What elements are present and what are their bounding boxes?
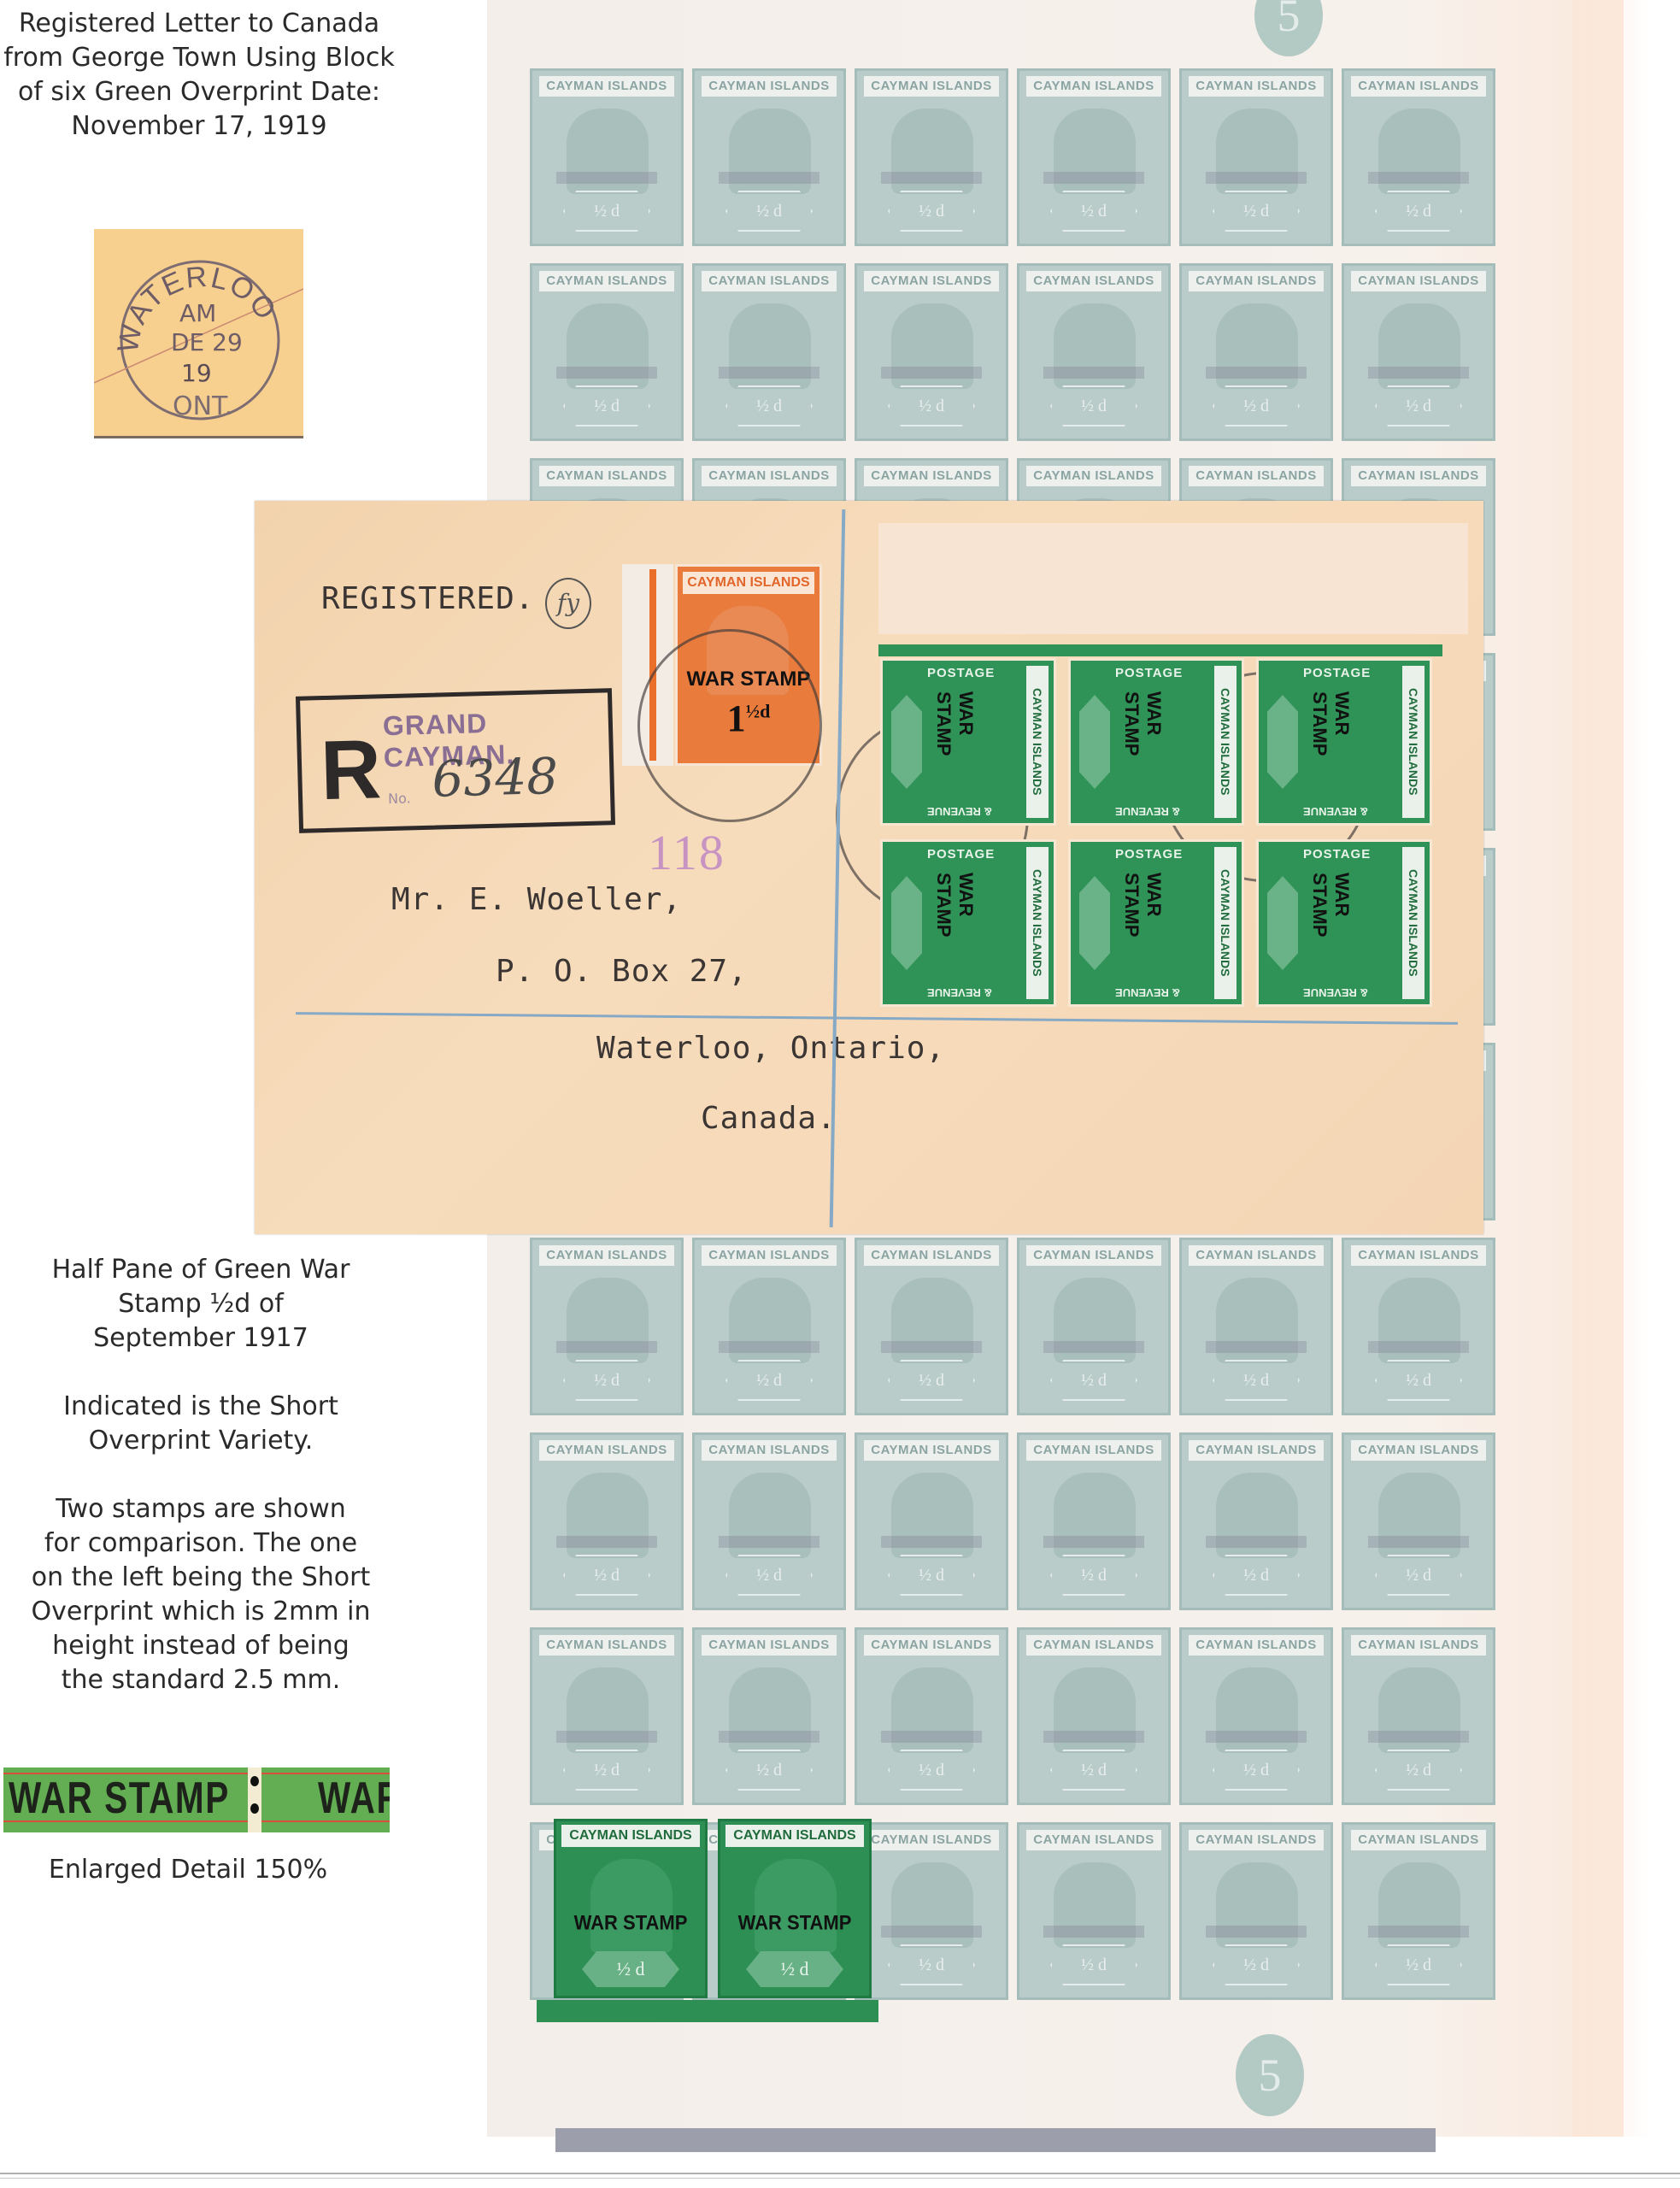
stamp-bottom-label: & REVENUE xyxy=(1303,805,1368,818)
faded-overprint xyxy=(556,1536,657,1548)
stamp-country: CAYMAN ISLANDS xyxy=(1189,466,1324,486)
postmark-time: AM xyxy=(179,299,216,327)
stamp-country: CAYMAN ISLANDS xyxy=(539,76,674,97)
stamp-country: CAYMAN ISLANDS xyxy=(864,1635,999,1656)
pane-stamp: CAYMAN ISLANDS½ d xyxy=(1017,1238,1171,1415)
stamp-value: ½ d xyxy=(1375,385,1462,426)
stamp-country: CAYMAN ISLANDS xyxy=(702,1245,837,1266)
stamp-country: CAYMAN ISLANDS xyxy=(702,1635,837,1656)
pane-mount-strip xyxy=(555,2128,1436,2152)
stamp-bottom-label: & REVENUE xyxy=(1303,986,1368,999)
stamp-value: ½ d xyxy=(1050,385,1137,426)
pane-stamp: CAYMAN ISLANDS½ d xyxy=(1017,1627,1171,1805)
pane-stamp: CAYMAN ISLANDS½ d xyxy=(1017,1822,1171,2000)
pane-stamp: CAYMAN ISLANDS½ d xyxy=(692,68,846,246)
faded-overprint xyxy=(1368,1926,1469,1938)
stamp-bottom-label: & REVENUE xyxy=(1115,986,1180,999)
caption-line: September 1917 xyxy=(0,1321,402,1356)
pane-stamp: CAYMAN ISLANDS½ d xyxy=(1179,1822,1333,2000)
stamp-overprint: WAR STAMP xyxy=(1308,873,1353,984)
faded-overprint xyxy=(881,1536,982,1548)
george-town-postmark xyxy=(637,629,822,822)
faded-overprint xyxy=(1043,1341,1144,1353)
stamp-country: CAYMAN ISLANDS xyxy=(1189,1635,1324,1656)
stamp-top-label: POSTAGE xyxy=(1303,666,1371,680)
postmark-province: ONT. xyxy=(173,391,232,421)
stamp-country: CAYMAN ISLANDS xyxy=(1026,1245,1161,1266)
stamp-value: ½ d xyxy=(582,1951,679,1987)
address-line-3: Waterloo, Ontario, xyxy=(596,1031,945,1066)
envelope-flap-area xyxy=(878,523,1468,634)
stamp-value: ½ d xyxy=(1050,1555,1137,1596)
pane-stamp: CAYMAN ISLANDS½ d xyxy=(692,263,846,441)
stamp-value: ½ d xyxy=(1213,1750,1300,1791)
pane-stamp: CAYMAN ISLANDS½ d xyxy=(692,1627,846,1805)
stamp-value: ½ d xyxy=(563,1750,650,1791)
stamp-value: ½ d xyxy=(563,191,650,232)
exhibit-title-caption: Registered Letter to Canada from George … xyxy=(0,7,398,144)
stamp-country: CAYMAN ISLANDS xyxy=(1351,271,1486,291)
stamp-country: CAYMAN ISLANDS xyxy=(1351,76,1486,97)
short-overprint-stamp: CAYMAN ISLANDS WAR STAMP ½ d xyxy=(554,1819,708,1998)
stamp-country: CAYMAN ISLANDS xyxy=(1189,1830,1324,1850)
stamp-overprint: WAR STAMP xyxy=(932,873,977,984)
pane-stamp: CAYMAN ISLANDS½ d xyxy=(1179,1627,1333,1805)
stamp-country: CAYMAN ISLANDS xyxy=(1026,847,1049,999)
faded-overprint xyxy=(719,1341,819,1353)
stamp-country: CAYMAN ISLANDS xyxy=(702,271,837,291)
stamp-value: ½ d xyxy=(1375,1750,1462,1791)
stamp-overprint: WAR STAMP xyxy=(736,1911,854,1936)
stamp-top-label: POSTAGE xyxy=(927,666,995,680)
faded-overprint xyxy=(1043,1536,1144,1548)
sheet-margin xyxy=(537,2000,878,2022)
pane-stamp: CAYMAN ISLANDS½ d xyxy=(1179,1238,1333,1415)
faded-overprint xyxy=(1206,367,1307,379)
stamp-country: CAYMAN ISLANDS xyxy=(1214,666,1237,818)
faded-overprint xyxy=(1368,172,1469,184)
stamp-value: ½ d xyxy=(563,385,650,426)
stamp-value: ½ d xyxy=(1050,1944,1137,1985)
faded-overprint xyxy=(1368,1536,1469,1548)
faded-overprint xyxy=(1206,172,1307,184)
stamp-value-tablet xyxy=(1267,695,1298,789)
faded-overprint xyxy=(881,1731,982,1743)
pane-stamp: CAYMAN ISLANDS½ d xyxy=(1342,1627,1495,1805)
stamp-value: ½ d xyxy=(1213,1360,1300,1401)
pane-stamp: CAYMAN ISLANDS½ d xyxy=(1017,263,1171,441)
caption-line: height instead of being xyxy=(0,1629,402,1663)
faded-overprint xyxy=(1368,1731,1469,1743)
faded-overprint xyxy=(1368,1341,1469,1353)
stamp-country: CAYMAN ISLANDS xyxy=(1351,1830,1486,1850)
address-line-2: P. O. Box 27, xyxy=(496,954,748,989)
stamp-value: ½ d xyxy=(1213,1555,1300,1596)
stamp-top-label: POSTAGE xyxy=(1115,666,1183,680)
faded-overprint xyxy=(1043,1926,1144,1938)
stamp-value: ½ d xyxy=(1050,191,1137,232)
green-war-stamp: POSTAGECAYMAN ISLANDSWAR STAMP& REVENUE xyxy=(880,839,1056,1007)
stamp-value: ½ d xyxy=(1213,385,1300,426)
green-war-stamp: POSTAGECAYMAN ISLANDSWAR STAMP& REVENUE xyxy=(1256,658,1432,826)
sheet-selvage xyxy=(878,644,1442,656)
green-war-stamp: POSTAGECAYMAN ISLANDSWAR STAMP& REVENUE xyxy=(1068,658,1244,826)
pane-stamp: CAYMAN ISLANDS½ d xyxy=(855,1238,1008,1415)
pane-stamp: CAYMAN ISLANDS½ d xyxy=(855,263,1008,441)
stamp-country: CAYMAN ISLANDS xyxy=(1351,1635,1486,1656)
caption-line: November 17, 1919 xyxy=(0,109,398,144)
faded-overprint xyxy=(719,1536,819,1548)
stamp-top-label: POSTAGE xyxy=(1303,847,1371,862)
address-line-1: Mr. E. Woeller, xyxy=(391,882,682,917)
stamp-value: ½ d xyxy=(1050,1360,1137,1401)
faded-overprint xyxy=(556,367,657,379)
stamp-value: ½ d xyxy=(1375,1944,1462,1985)
pane-stamp: CAYMAN ISLANDS½ d xyxy=(692,1432,846,1610)
faded-overprint xyxy=(1206,1731,1307,1743)
stamp-value: ½ d xyxy=(1050,1750,1137,1791)
address-line-4: Canada. xyxy=(701,1101,837,1136)
stamp-bottom-label: & REVENUE xyxy=(1115,805,1180,818)
perforation-gap xyxy=(248,1767,261,1832)
stamp-value: ½ d xyxy=(888,1944,975,1985)
green-war-stamp: POSTAGECAYMAN ISLANDSWAR STAMP& REVENUE xyxy=(880,658,1056,826)
stamp-country: CAYMAN ISLANDS xyxy=(702,466,837,486)
enlarged-overprint-detail: WAR STAMP WAR xyxy=(3,1767,390,1832)
stamp-country: CAYMAN ISLANDS xyxy=(539,1440,674,1461)
handwritten-initial: fy xyxy=(545,578,591,629)
stamp-country: CAYMAN ISLANDS xyxy=(864,76,999,97)
stamp-country: CAYMAN ISLANDS xyxy=(1189,271,1324,291)
stamp-country: CAYMAN ISLANDS xyxy=(864,466,999,486)
stamp-value-tablet xyxy=(1267,876,1298,970)
stamp-overprint: WAR STAMP xyxy=(572,1911,690,1936)
registration-crossing-line xyxy=(296,1012,1458,1025)
faded-overprint xyxy=(556,172,657,184)
faded-overprint xyxy=(881,1926,982,1938)
pane-stamp: CAYMAN ISLANDS½ d xyxy=(1342,68,1495,246)
stamp-value: ½ d xyxy=(563,1555,650,1596)
stamp-overprint: WAR STAMP xyxy=(1120,691,1165,803)
stamp-value: ½ d xyxy=(1213,1944,1300,1985)
stamp-overprint: WAR STAMP xyxy=(1308,691,1353,803)
pane-stamp: CAYMAN ISLANDS½ d xyxy=(1342,263,1495,441)
stamp-country: CAYMAN ISLANDS xyxy=(1351,466,1486,486)
caption-line: Overprint Variety. xyxy=(0,1424,402,1458)
pane-stamp: CAYMAN ISLANDS½ d xyxy=(530,68,684,246)
stamp-top-label: POSTAGE xyxy=(927,847,995,862)
caption-line: Half Pane of Green War xyxy=(0,1253,402,1287)
caption-line: of six Green Overprint Date: xyxy=(0,75,398,109)
caption-line: Indicated is the Short xyxy=(0,1390,402,1424)
stamp-country: CAYMAN ISLANDS xyxy=(725,1825,864,1847)
pane-stamp: CAYMAN ISLANDS½ d xyxy=(692,1238,846,1415)
enlarged-detail-caption: Enlarged Detail 150% xyxy=(0,1853,376,1887)
stamp-top-label: POSTAGE xyxy=(1115,847,1183,862)
faded-overprint xyxy=(881,172,982,184)
stamp-country: CAYMAN ISLANDS xyxy=(864,271,999,291)
stamp-value: ½ d xyxy=(888,1555,975,1596)
stamp-country: CAYMAN ISLANDS xyxy=(1026,1440,1161,1461)
plate-number-bottom: 5 xyxy=(1236,2034,1304,2116)
green-war-stamp: POSTAGECAYMAN ISLANDSWAR STAMP& REVENUE xyxy=(1256,839,1432,1007)
king-portrait-icon xyxy=(755,1859,837,1953)
faded-overprint xyxy=(719,172,819,184)
postmark-year: 19 xyxy=(181,359,212,387)
caption-line: from George Town Using Block xyxy=(0,41,398,75)
faded-overprint xyxy=(881,1341,982,1353)
caption-line: for comparison. The one xyxy=(0,1526,402,1561)
caption-line: Two stamps are shown xyxy=(0,1492,402,1526)
page-bottom-rule xyxy=(0,2173,1680,2179)
stamp-country: CAYMAN ISLANDS xyxy=(1189,1245,1324,1266)
stamp-value: ½ d xyxy=(725,1360,813,1401)
stamp-bottom-label: & REVENUE xyxy=(927,986,992,999)
stamp-country: CAYMAN ISLANDS xyxy=(539,1245,674,1266)
stamp-country: CAYMAN ISLANDS xyxy=(561,1825,700,1847)
stamp-country: CAYMAN ISLANDS xyxy=(1026,1830,1161,1850)
caption-line: Stamp ½d of xyxy=(0,1287,402,1321)
pane-stamp: CAYMAN ISLANDS½ d xyxy=(855,1822,1008,2000)
pane-stamp: CAYMAN ISLANDS½ d xyxy=(530,1627,684,1805)
registration-no-label: No. xyxy=(388,790,411,807)
green-war-stamp: POSTAGECAYMAN ISLANDSWAR STAMP& REVENUE xyxy=(1068,839,1244,1007)
stamp-country: CAYMAN ISLANDS xyxy=(864,1830,999,1850)
stamp-value-tablet xyxy=(1079,695,1110,789)
pane-stamp: CAYMAN ISLANDS½ d xyxy=(855,68,1008,246)
registration-number: 6348 xyxy=(432,747,559,809)
stamp-country: CAYMAN ISLANDS xyxy=(1351,1245,1486,1266)
stamp-bottom-label: & REVENUE xyxy=(927,805,992,818)
stamp-value: ½ d xyxy=(725,1750,813,1791)
stamp-value: ½ d xyxy=(888,191,975,232)
registration-letter: R xyxy=(320,721,383,819)
registration-crossing-line xyxy=(830,509,846,1227)
faded-overprint xyxy=(719,367,819,379)
stamp-overprint: WAR STAMP xyxy=(932,691,977,803)
stamp-value: ½ d xyxy=(725,191,813,232)
faded-overprint xyxy=(556,1731,657,1743)
stamp-value-tablet xyxy=(891,876,922,970)
postmark-date: DE 29 xyxy=(171,328,243,356)
faded-overprint xyxy=(1043,172,1144,184)
stamp-value: ½ d xyxy=(888,385,975,426)
stamp-value-tablet xyxy=(891,695,922,789)
pane-stamp: CAYMAN ISLANDS½ d xyxy=(1179,1432,1333,1610)
faded-overprint xyxy=(1368,367,1469,379)
faded-overprint xyxy=(1043,1731,1144,1743)
pane-stamp: CAYMAN ISLANDS½ d xyxy=(855,1627,1008,1805)
stamp-value-tablet xyxy=(1079,876,1110,970)
registered-label: REGISTERED. xyxy=(321,581,534,616)
stamp-overprint: WAR STAMP xyxy=(1120,873,1165,984)
pane-stamp: CAYMAN ISLANDS½ d xyxy=(1342,1238,1495,1415)
violet-registration-number: 118 xyxy=(648,824,725,881)
pane-stamp: CAYMAN ISLANDS½ d xyxy=(1342,1822,1495,2000)
stamp-value: ½ d xyxy=(888,1750,975,1791)
stamp-country: CAYMAN ISLANDS xyxy=(683,572,814,594)
stamp-country: CAYMAN ISLANDS xyxy=(539,466,674,486)
stamp-country: CAYMAN ISLANDS xyxy=(1189,1440,1324,1461)
pane-description-caption: Half Pane of Green War Stamp ½d of Septe… xyxy=(0,1253,402,1697)
stamp-country: CAYMAN ISLANDS xyxy=(1351,1440,1486,1461)
detail-standard-overprint: WAR xyxy=(318,1773,390,1824)
stamp-value: ½ d xyxy=(746,1951,843,1987)
registration-label-box: R GRAND CAYMAN. 6348 No. xyxy=(296,688,615,833)
stamp-country: CAYMAN ISLANDS xyxy=(1026,466,1161,486)
caption-line: Overprint which is 2mm in xyxy=(0,1595,402,1629)
pane-stamp: CAYMAN ISLANDS½ d xyxy=(1017,1432,1171,1610)
faded-overprint xyxy=(1043,367,1144,379)
stamp-country: CAYMAN ISLANDS xyxy=(702,1440,837,1461)
pane-stamp: CAYMAN ISLANDS½ d xyxy=(1342,1432,1495,1610)
stamp-country: CAYMAN ISLANDS xyxy=(1189,76,1324,97)
faded-overprint xyxy=(881,367,982,379)
stamp-country: CAYMAN ISLANDS xyxy=(1026,76,1161,97)
stamp-value: ½ d xyxy=(888,1360,975,1401)
pane-stamp: CAYMAN ISLANDS½ d xyxy=(1179,68,1333,246)
stamp-country: CAYMAN ISLANDS xyxy=(1026,666,1049,818)
faded-overprint xyxy=(556,1341,657,1353)
stamp-country: CAYMAN ISLANDS xyxy=(1402,847,1424,999)
king-portrait-icon xyxy=(590,1859,673,1953)
pane-stamp: CAYMAN ISLANDS½ d xyxy=(530,1432,684,1610)
faded-overprint xyxy=(1206,1536,1307,1548)
pane-stamp: CAYMAN ISLANDS½ d xyxy=(530,1238,684,1415)
stamp-country: CAYMAN ISLANDS xyxy=(1402,666,1424,818)
stamp-value: ½ d xyxy=(1375,1360,1462,1401)
stamp-country: CAYMAN ISLANDS xyxy=(702,76,837,97)
stamp-country: CAYMAN ISLANDS xyxy=(1026,271,1161,291)
pane-stamp: CAYMAN ISLANDS½ d xyxy=(1179,263,1333,441)
waterloo-postmark-image: WATERLOO AM DE 29 19 ONT. xyxy=(94,229,303,438)
pane-stamp: CAYMAN ISLANDS½ d xyxy=(530,263,684,441)
stamp-value: ½ d xyxy=(725,385,813,426)
pane-stamp: CAYMAN ISLANDS½ d xyxy=(855,1432,1008,1610)
stamp-country: CAYMAN ISLANDS xyxy=(1026,1635,1161,1656)
stamp-country: CAYMAN ISLANDS xyxy=(1214,847,1237,999)
stamp-value: ½ d xyxy=(725,1555,813,1596)
stamp-value: ½ d xyxy=(1375,191,1462,232)
stamp-value: ½ d xyxy=(1213,191,1300,232)
faded-overprint xyxy=(1206,1341,1307,1353)
faded-overprint xyxy=(719,1731,819,1743)
registered-envelope: REGISTERED. fy R GRAND CAYMAN. 6348 No. … xyxy=(255,501,1483,1234)
stamp-value: ½ d xyxy=(563,1360,650,1401)
faded-overprint xyxy=(1206,1926,1307,1938)
caption-line: the standard 2.5 mm. xyxy=(0,1663,402,1697)
stamp-country: CAYMAN ISLANDS xyxy=(864,1440,999,1461)
stamp-value: ½ d xyxy=(1375,1555,1462,1596)
caption-line: on the left being the Short xyxy=(0,1561,402,1595)
standard-overprint-stamp: CAYMAN ISLANDS WAR STAMP ½ d xyxy=(718,1819,872,1998)
pane-stamp: CAYMAN ISLANDS½ d xyxy=(1017,68,1171,246)
stamp-country: CAYMAN ISLANDS xyxy=(864,1245,999,1266)
stamp-country: CAYMAN ISLANDS xyxy=(539,271,674,291)
detail-short-overprint: WAR STAMP xyxy=(9,1773,230,1824)
stamp-country: CAYMAN ISLANDS xyxy=(539,1635,674,1656)
caption-line: Registered Letter to Canada xyxy=(0,7,398,41)
